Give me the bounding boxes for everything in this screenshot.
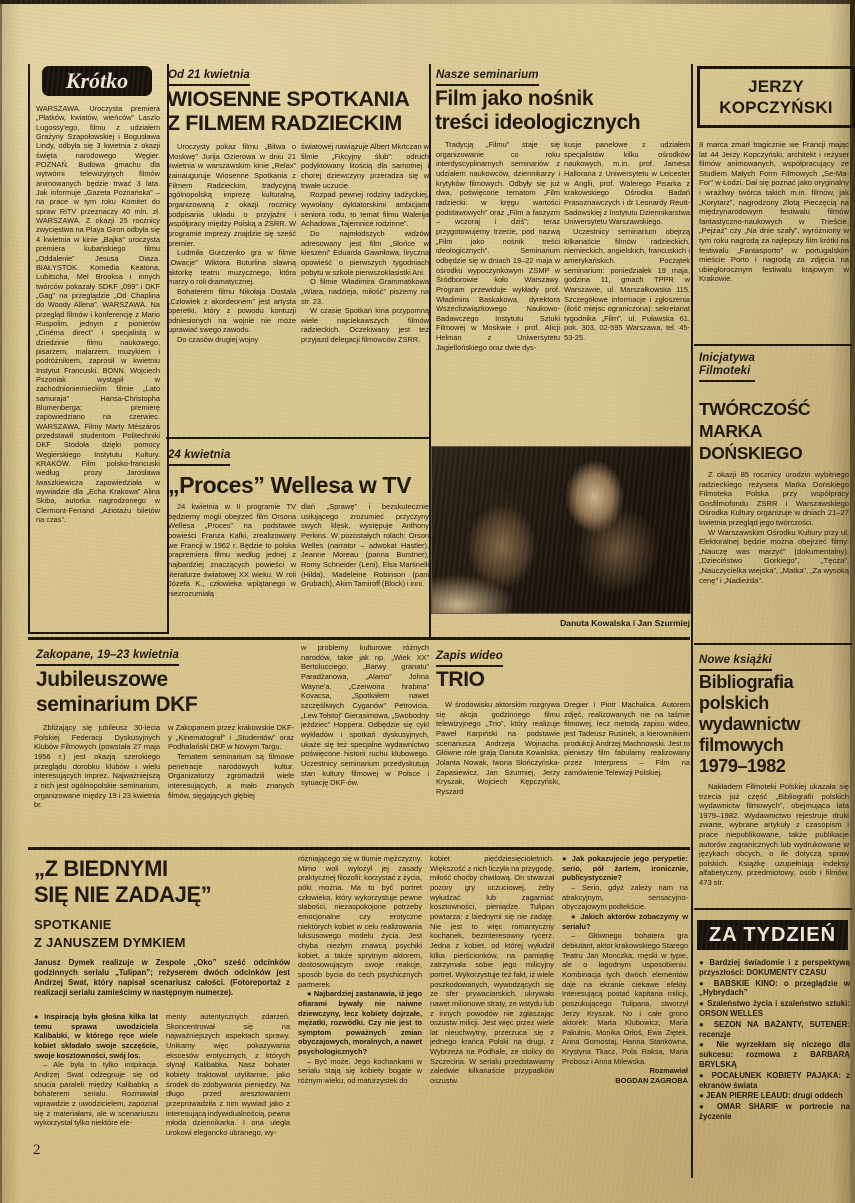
seminar-col-1: Tradycją „Filmu” staje się organizowanie…: [436, 140, 560, 438]
paragraph: Rozpad pewnej rodziny tadżyckiej, wywoła…: [301, 190, 429, 229]
page-number: 2: [33, 1142, 41, 1159]
spring-col-1: Uroczysty pokaz filmu „Bitwa o Moskwę” J…: [168, 142, 296, 432]
section-rule: [694, 344, 852, 346]
proces-col-2: dlań „Sprawę” i bezskutecznie usiłująceg…: [301, 502, 429, 636]
nextweek-title: ZA TYDZIEŃ: [697, 920, 848, 950]
paragraph: 24 kwietnia w II programie TV będziemy m…: [168, 502, 296, 599]
column-rule: [691, 64, 693, 1178]
paragraph: – Głównego bohatera gra debiutant, aktor…: [562, 931, 688, 1066]
interview-intro: Janusz Dymek realizuje w Zespole „Oko” s…: [34, 958, 290, 1008]
spring-col-2: światowej nawiązuje Albert Mkrtczan w fi…: [301, 142, 429, 432]
paragraph: W środowisku aktorskim rozgrywa się akcj…: [436, 700, 560, 797]
proces-headline: „Proces” Wellesa w TV: [168, 472, 430, 498]
newspaper-page: Krótko WARSZAWA. Uroczysta premiera „Pła…: [0, 0, 855, 1203]
paragraph: ● SEZON NA BAŻANTY, SUTENER: recenzje: [699, 1020, 850, 1040]
paragraph: w Zakopanem przez krakowskie DKF-y „Kine…: [168, 723, 294, 752]
paragraph: – Ale była to tylko inspiracja. Andrzej …: [34, 1060, 158, 1128]
news-photo: [432, 447, 690, 613]
paragraph: W czasie Spotkań kina przypomną wiele na…: [301, 306, 429, 345]
paragraph: Tradycją „Filmu” staje się organizowanie…: [436, 140, 560, 352]
krotko-news-text: WARSZAWA. Uroczysta premiera „Płatków, k…: [36, 104, 160, 626]
zakopane-col-2: w Zakopanem przez krakowskie DKF-y „Kine…: [168, 723, 294, 846]
proces-col-1: 24 kwietnia w II programie TV będziemy m…: [168, 502, 296, 636]
section-rule: [694, 643, 852, 645]
paragraph: ● Jakich aktorów zobaczymy w serialu?: [562, 912, 688, 931]
paragraph: ● BABSKIE KINO: o przeglądzie w „Hybryda…: [699, 979, 850, 999]
section-rule: [166, 437, 429, 439]
video-kicker: Zapis wideo: [436, 646, 503, 667]
zakopane-kicker: Zakopane, 19–23 kwietnia: [36, 645, 179, 666]
paragraph: kusje panelowe z udziałem specjalistów k…: [564, 140, 690, 227]
paragraph: W Warszawskim Ośrodku Kultury przy ul. E…: [699, 528, 849, 586]
nextweek-list: ● Bardziej świadomie i z perspektywą prz…: [699, 958, 850, 1123]
paragraph: – Serio, gdyż zależy nam na atrakcyjnym,…: [562, 883, 688, 912]
video-col-2: Dregier i Piotr Machalica. Autorem zdjęć…: [564, 700, 690, 844]
paragraph: Dregier i Piotr Machalica. Autorem zdjęć…: [564, 700, 690, 777]
paragraph: ● POCAŁUNEK KOBIETY PAJĄKA: z ekranów św…: [699, 1071, 850, 1091]
paragraph: kobiet pięćdziesięcioletnich. Większość …: [430, 854, 554, 1086]
interview-col-c: różniającego się w tłumie mężczyzny. Mim…: [298, 854, 422, 1182]
paragraph: Zbliżający się jubileusz 30-lecia Polski…: [34, 723, 160, 810]
paragraph: menty autentycznych zdarzeń. Skoncentrow…: [166, 1012, 290, 1138]
interview-col-a: ● Inspiracją była głośna kilka lat temu …: [34, 1012, 158, 1180]
paragraph: ● Nie wyrzekłam się niczego dla sukcesu:…: [699, 1040, 850, 1069]
books-text: Nakładem Filmoteki Polskiej ukazała się …: [699, 782, 849, 904]
scan-edge-top: [0, 0, 855, 4]
paragraph: Do czasów drugiej wojny: [168, 335, 296, 345]
paragraph: ● Inspiracją była głośna kilka lat temu …: [34, 1012, 158, 1060]
section-rule: [28, 847, 690, 850]
section-rule: [28, 637, 690, 640]
zakopane-col-1: Zbliżający się jubileusz 30-lecia Polski…: [34, 723, 160, 846]
paragraph: Uczestnicy seminarium obejrzą kilkanaści…: [564, 227, 690, 343]
paragraph: ● Bardziej świadomie i z perspektywą prz…: [699, 958, 850, 978]
donski-headline: TWÓRCZOŚĆ MARKA DOŃSKIEGO: [699, 398, 849, 464]
paragraph: BOGDAN ZAGROBA: [562, 1076, 688, 1086]
paragraph: Uroczysty pokaz filmu „Bitwa o Moskwę” J…: [168, 142, 296, 248]
paragraph: Tematem seminarium są filmowe penetracje…: [168, 752, 294, 800]
paragraph: ● OMAR SHARIF w portrecie na życzenie: [699, 1102, 850, 1122]
donski-kicker: Inicjatywa Filmoteki: [699, 352, 755, 382]
interview-col-b: menty autentycznych zdarzeń. Skoncentrow…: [166, 1012, 290, 1180]
paragraph: różniającego się w tłumie mężczyzny. Mim…: [298, 854, 422, 989]
proces-kicker: 24 kwietnia: [168, 445, 230, 466]
kopczynski-title: JERZY KOPCZYŃSKI: [697, 66, 855, 128]
paragraph: ● Najbardziej zastanawia, iż jego ofiara…: [298, 989, 422, 1057]
paragraph: Bohaterem filmu Nikołaja Dostala „Człowi…: [168, 287, 296, 335]
books-headline: Bibliografia polskich wydawnictw filmowy…: [699, 672, 851, 777]
paragraph: ● Szaleństwo życia i szaleństwo sztuki: …: [699, 999, 850, 1019]
paragraph: O filmie Władimira Grammatikowa „Wiara, …: [301, 277, 429, 306]
paragraph: – Być może. Jego kochankami w serialu st…: [298, 1057, 422, 1086]
paragraph: Do najmłodszych widzów adresowany jest f…: [301, 229, 429, 277]
paragraph: światowej nawiązuje Albert Mkrtczan w fi…: [301, 142, 429, 190]
seminar-headline: Film jako nośnik treści ideologicznych: [435, 87, 693, 134]
interview-headline: „Z BIEDNYMI SIĘ NIE ZADAJĘ”: [34, 856, 292, 908]
spring-headline: WIOSENNE SPOTKANIA Z FILMEM RADZIECKIM: [167, 87, 431, 135]
interview-col-d: kobiet pięćdziesięcioletnich. Większość …: [430, 854, 554, 1182]
interview-col-e: ● Jak pokazujecie jego perypetie: serio,…: [562, 854, 688, 1182]
photo-caption: Danuta Kowalska i Jan Szurmiej: [432, 618, 690, 628]
video-headline: TRIO: [436, 668, 636, 692]
kopczynski-text: 8 marca zmarł tragicznie we Francji mają…: [699, 140, 849, 340]
paragraph: Z okazji 85 rocznicy urodzin wybitnego r…: [699, 470, 849, 528]
paragraph: ● Jak pokazujecie jego perypetie: serio,…: [562, 854, 688, 883]
spring-kicker: Od 21 kwietnia: [168, 65, 250, 86]
column-rule: [429, 64, 431, 637]
seminar-col-2: kusje panelowe z udziałem specjalistów k…: [564, 140, 690, 438]
paragraph: dlań „Sprawę” i bezskutecznie usiłująceg…: [301, 502, 429, 589]
zakopane-col-3: w problemy kulturowe różnych narodów, ta…: [301, 643, 429, 846]
donski-text: Z okazji 85 rocznicy urodzin wybitnego r…: [699, 470, 849, 638]
video-col-1: W środowisku aktorskim rozgrywa się akcj…: [436, 700, 560, 844]
paragraph: w problemy kulturowe różnych narodów, ta…: [301, 643, 429, 788]
krotko-section: Krótko WARSZAWA. Uroczysta premiera „Pła…: [28, 64, 169, 634]
seminar-kicker: Nasze seminarium: [436, 65, 539, 86]
paragraph: Rozmawiał: [562, 1066, 688, 1076]
krotko-title: Krótko: [42, 66, 152, 96]
paragraph: Ludmiła Gurczenko gra w filmie „Owacje” …: [168, 248, 296, 287]
scan-edge-right: [850, 0, 855, 1203]
section-rule: [694, 908, 852, 910]
zakopane-headline: Jubileuszowe seminarium DKF: [36, 668, 296, 717]
books-kicker: Nowe książki: [699, 650, 772, 671]
scan-edge-left: [0, 0, 2, 1203]
interview-subhead: SPOTKANIE Z JANUSZEM DYMKIEM: [34, 916, 292, 952]
paragraph: ● JEAN PIERRE LEAUD: drugi oddech: [699, 1091, 850, 1101]
